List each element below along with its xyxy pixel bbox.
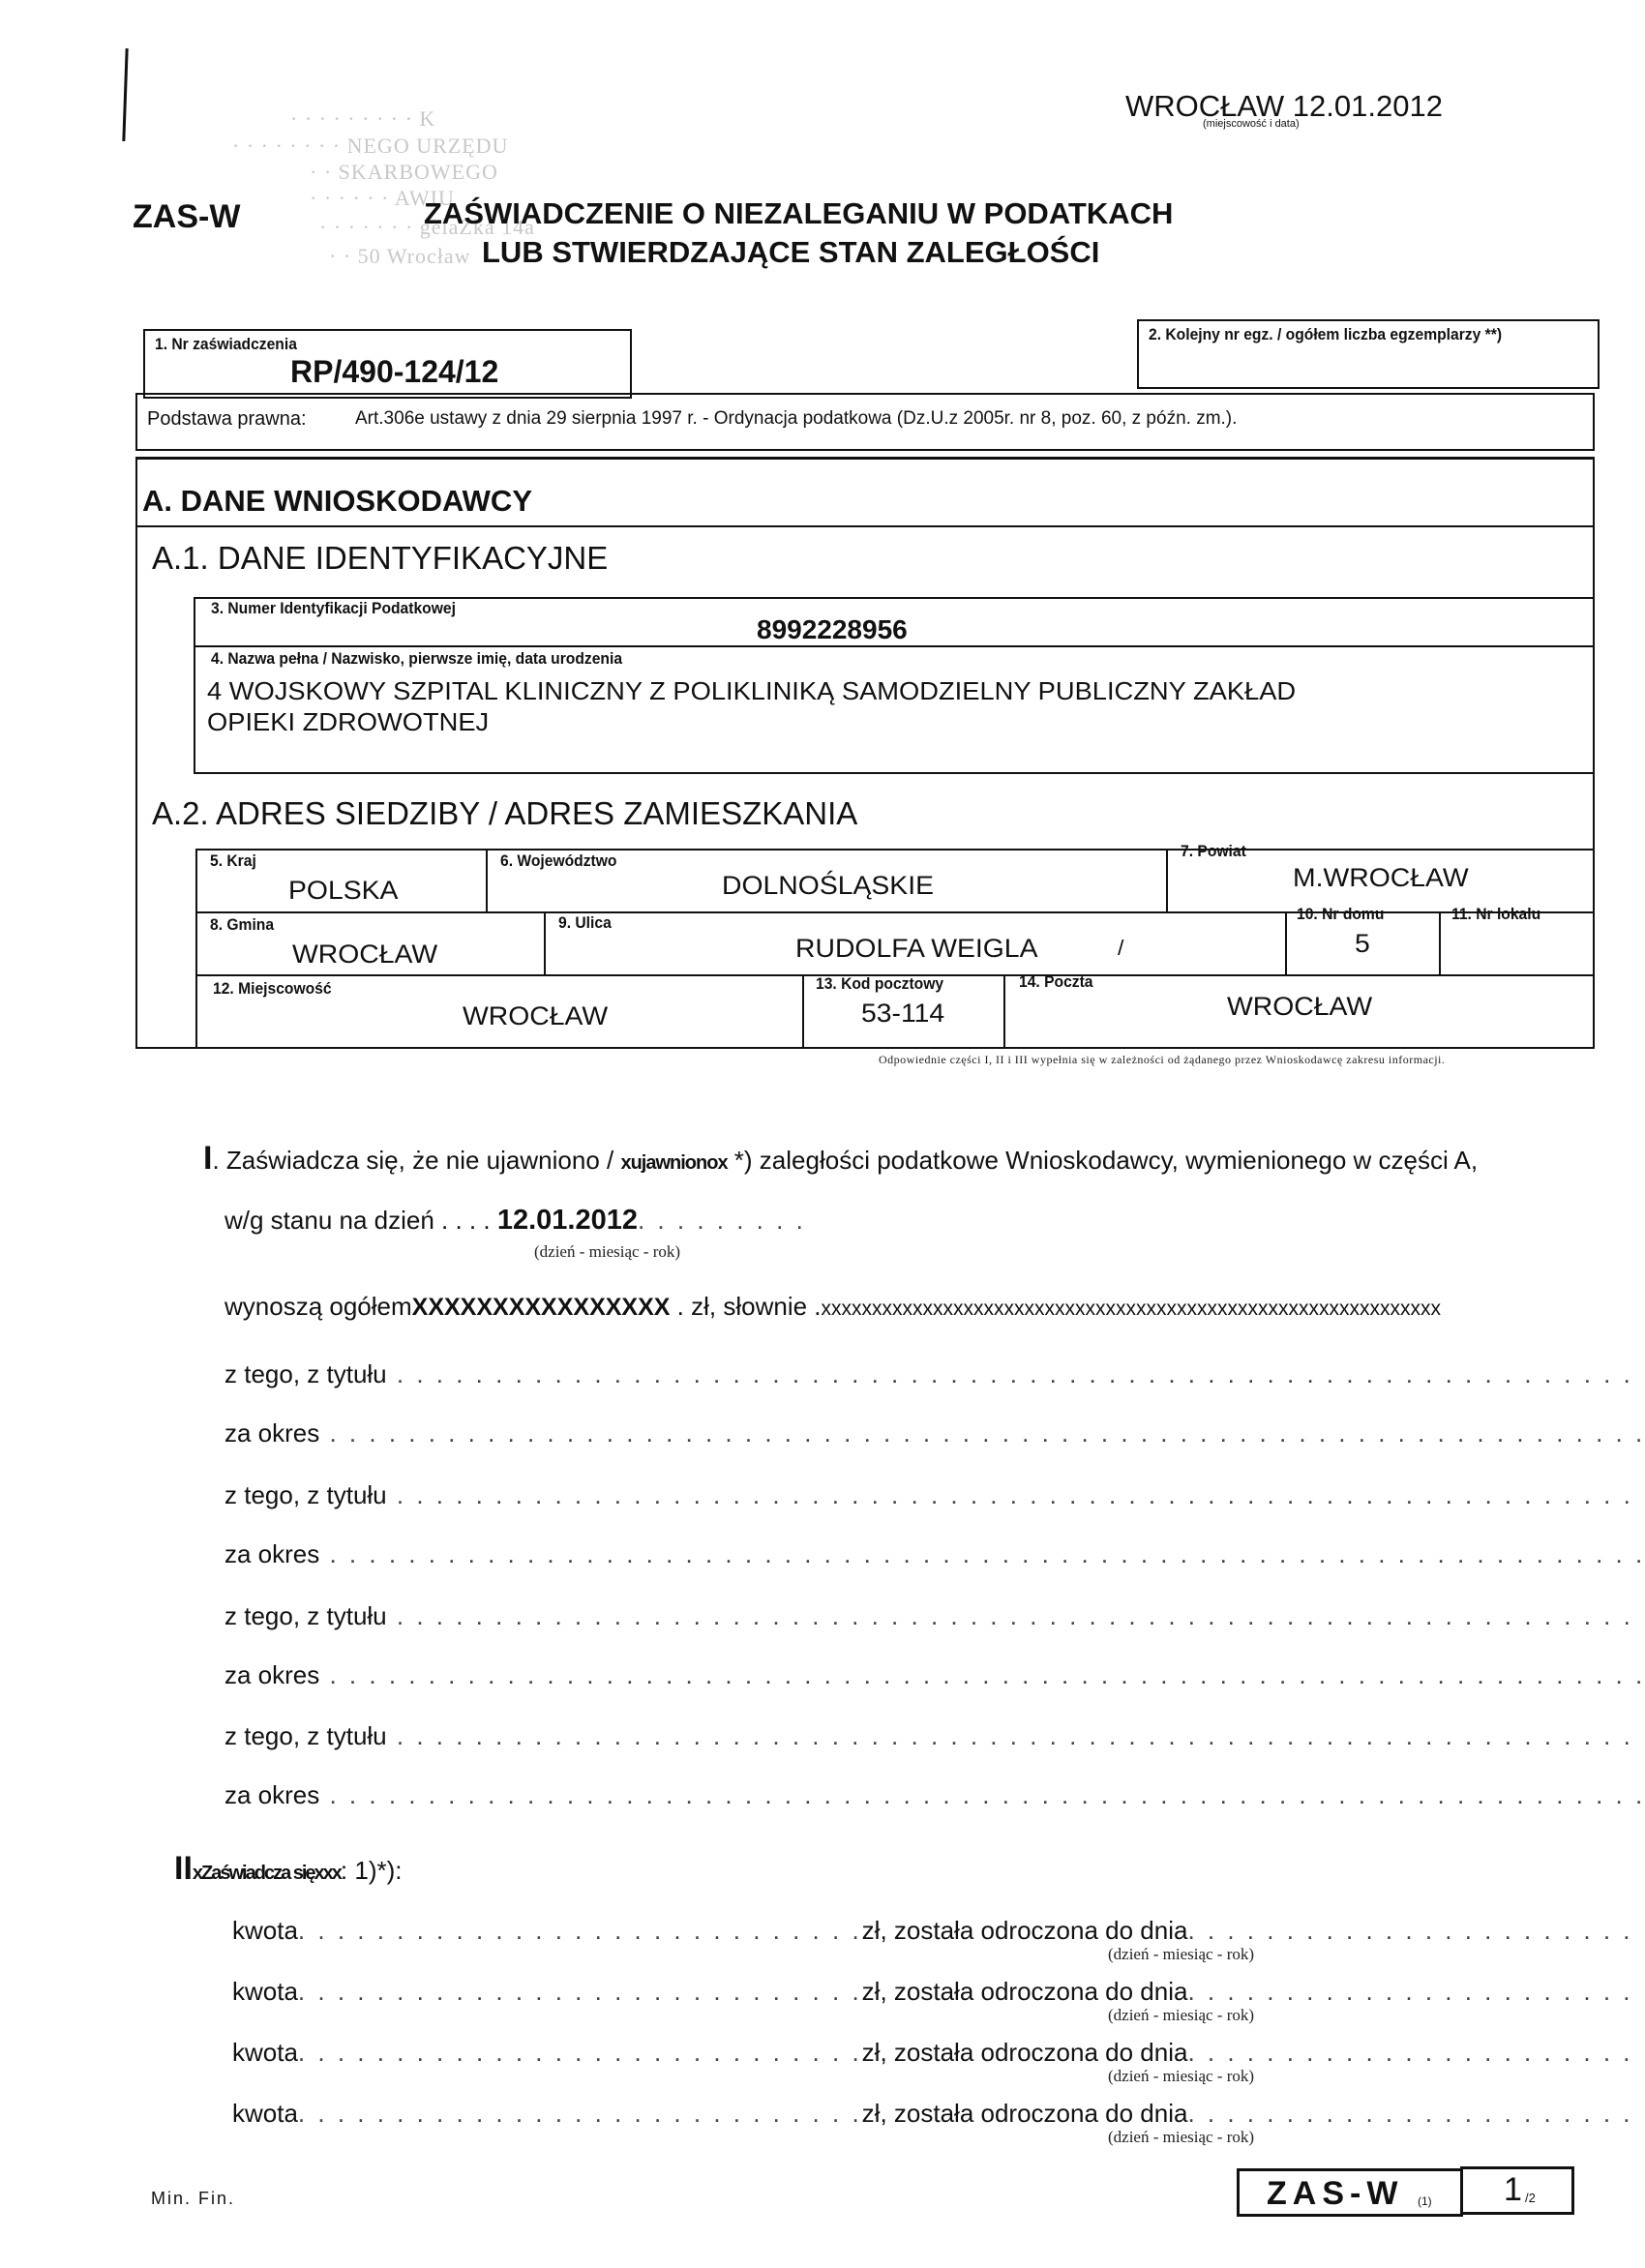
certificate-number-value: RP/490-124/12 <box>290 354 498 390</box>
street-label: 9. Ulica <box>558 913 612 933</box>
city-value: WROCŁAW <box>463 1001 608 1031</box>
section-2-heading: IIxZaświadcza sięxxx: 1)*): <box>174 1850 403 1888</box>
legal-basis-box: Podstawa prawna: Art.306e ustawy z dnia … <box>135 393 1595 451</box>
country-label: 5. Kraj <box>210 851 256 871</box>
city-label: 12. Miejscowość <box>213 979 332 999</box>
document-title-line2: LUB STWIERDZAJĄCE STAN ZALEGŁOŚCI <box>482 235 1099 270</box>
house-number-value: 5 <box>1355 929 1370 959</box>
divider <box>135 525 1595 527</box>
grid-line <box>1285 911 1287 974</box>
postal-code-value: 53-114 <box>861 999 944 1029</box>
copy-number-field: 2. Kolejny nr egz. / ogółem liczba egzem… <box>1137 319 1600 389</box>
flat-number-label: 11. Nr lokalu <box>1451 905 1540 924</box>
section-a-bottom-border <box>135 1047 1595 1049</box>
item-title-line: z tego, z tytułu . . . . . . . . . . . .… <box>224 1480 1645 1510</box>
section-a-title: A. DANE WNIOSKODAWCY <box>142 484 532 519</box>
street-mark: / <box>1118 936 1123 961</box>
grid-line <box>486 849 488 911</box>
document-title-line1: ZAŚWIADCZENIE O NIEZALEGANIU W PODATKACH <box>424 196 1173 231</box>
item-period-line: za okres . . . . . . . . . . . . . . . .… <box>224 1539 1645 1569</box>
deferral-date-caption: (dzień - miesiąc - rok) <box>1108 2067 1254 2086</box>
certificate-number-field: 1. Nr zaświadczenia RP/490-124/12 <box>143 329 632 399</box>
double-rule <box>135 457 1595 460</box>
item-title-line: z tego, z tytułu . . . . . . . . . . . .… <box>224 1359 1645 1389</box>
section-a2-title: A.2. ADRES SIEDZIBY / ADRES ZAMIESZKANIA <box>152 795 857 832</box>
commune-value: WROCŁAW <box>292 940 437 970</box>
legal-basis-text: Art.306e ustawy z dnia 29 sierpnia 1997 … <box>355 408 1237 430</box>
post-office-label: 14. Poczta <box>1019 972 1093 992</box>
as-of-date-value: 12.01.2012 <box>497 1205 638 1236</box>
deferral-row: kwota. . . . . . . . . . . . . . . . . .… <box>232 1916 1645 1946</box>
section-a1-title: A.1. DANE IDENTYFIKACYJNE <box>152 540 608 577</box>
total-amount: XXXXXXXXXXXXXXXX <box>412 1294 671 1321</box>
commune-label: 8. Gmina <box>210 915 274 935</box>
grid-line <box>195 911 1595 913</box>
country-value: POLSKA <box>288 876 398 906</box>
grid-line <box>544 911 546 974</box>
postal-code-label: 13. Kod pocztowy <box>816 974 943 994</box>
nip-value: 8992228956 <box>757 614 908 645</box>
street-value: RUDOLFA WEIGLA <box>795 934 1037 964</box>
section-1-intro: I. Zaświadcza się, że nie ujawniono / xu… <box>203 1140 1478 1178</box>
voivodeship-value: DOLNOŚLĄSKIE <box>722 871 934 901</box>
total-words: xxxxxxxxxxxxxxxxxxxxxxxxxxxxxxxxxxxxxxxx… <box>822 1298 1442 1320</box>
item-period-line: za okres . . . . . . . . . . . . . . . .… <box>224 1418 1645 1448</box>
grid-line <box>1003 974 1005 1048</box>
deferral-row: kwota. . . . . . . . . . . . . . . . . .… <box>232 2099 1645 2129</box>
deferral-row: kwota. . . . . . . . . . . . . . . . . .… <box>232 2038 1645 2068</box>
deferral-date-caption: (dzień - miesiąc - rok) <box>1108 2128 1254 2147</box>
county-value: M.WROCŁAW <box>1293 863 1469 893</box>
house-number-label: 10. Nr domu <box>1297 905 1384 924</box>
item-period-line: za okres . . . . . . . . . . . . . . . .… <box>224 1660 1645 1690</box>
place-date-caption: (miejscowość i data) <box>1203 118 1300 130</box>
nip-field: 3. Numer Identyfikacji Podatkowej 899222… <box>194 597 1595 647</box>
deferral-date-caption: (dzień - miesiąc - rok) <box>1108 1945 1254 1964</box>
as-of-date-line: w/g stanu na dzień . . . . 12.01.2012. .… <box>224 1205 806 1237</box>
grid-line <box>1439 911 1441 974</box>
legal-basis-label: Podstawa prawna: <box>147 408 307 431</box>
footer-page-box: 1 /2 <box>1460 2166 1574 2215</box>
total-line: wynoszą ogółemXXXXXXXXXXXXXXXX . zł, sło… <box>224 1292 1441 1322</box>
item-title-line: z tego, z tytułu . . . . . . . . . . . .… <box>224 1601 1645 1631</box>
item-period-line: za okres . . . . . . . . . . . . . . . .… <box>224 1780 1645 1810</box>
section-a-left-border <box>135 457 137 1049</box>
grid-line <box>1166 849 1168 911</box>
post-office-value: WROCŁAW <box>1227 992 1372 1022</box>
full-name-line1: 4 WOJSKOWY SZPITAL KLINICZNY Z POLIKLINI… <box>207 676 1296 706</box>
page-total: /2 <box>1525 2191 1536 2205</box>
county-label: 7. Powiat <box>1181 842 1246 861</box>
grid-line <box>802 974 804 1048</box>
page-number: 1 <box>1504 2171 1522 2209</box>
voivodeship-label: 6. Województwo <box>500 851 616 871</box>
section-note: Odpowiednie części I, II i III wypełnia … <box>879 1053 1445 1067</box>
margin-mark <box>122 48 128 141</box>
deferral-row: kwota. . . . . . . . . . . . . . . . . .… <box>232 1977 1645 2007</box>
date-caption: (dzień - miesiąc - rok) <box>534 1242 680 1262</box>
full-name-line2: OPIEKI ZDROWOTNEJ <box>207 707 489 737</box>
grid-line <box>195 849 1595 850</box>
footer-form-code-box: ZAS-W (1) <box>1237 2168 1463 2217</box>
publisher: Min. Fin. <box>151 2189 235 2209</box>
item-title-line: z tego, z tytułu . . . . . . . . . . . .… <box>224 1721 1645 1751</box>
form-code: ZAS-W <box>133 198 240 236</box>
full-name-field: 4. Nazwa pełna / Nazwisko, pierwsze imię… <box>194 645 1595 774</box>
deferral-date-caption: (dzień - miesiąc - rok) <box>1108 2006 1254 2025</box>
grid-line <box>195 849 197 1048</box>
